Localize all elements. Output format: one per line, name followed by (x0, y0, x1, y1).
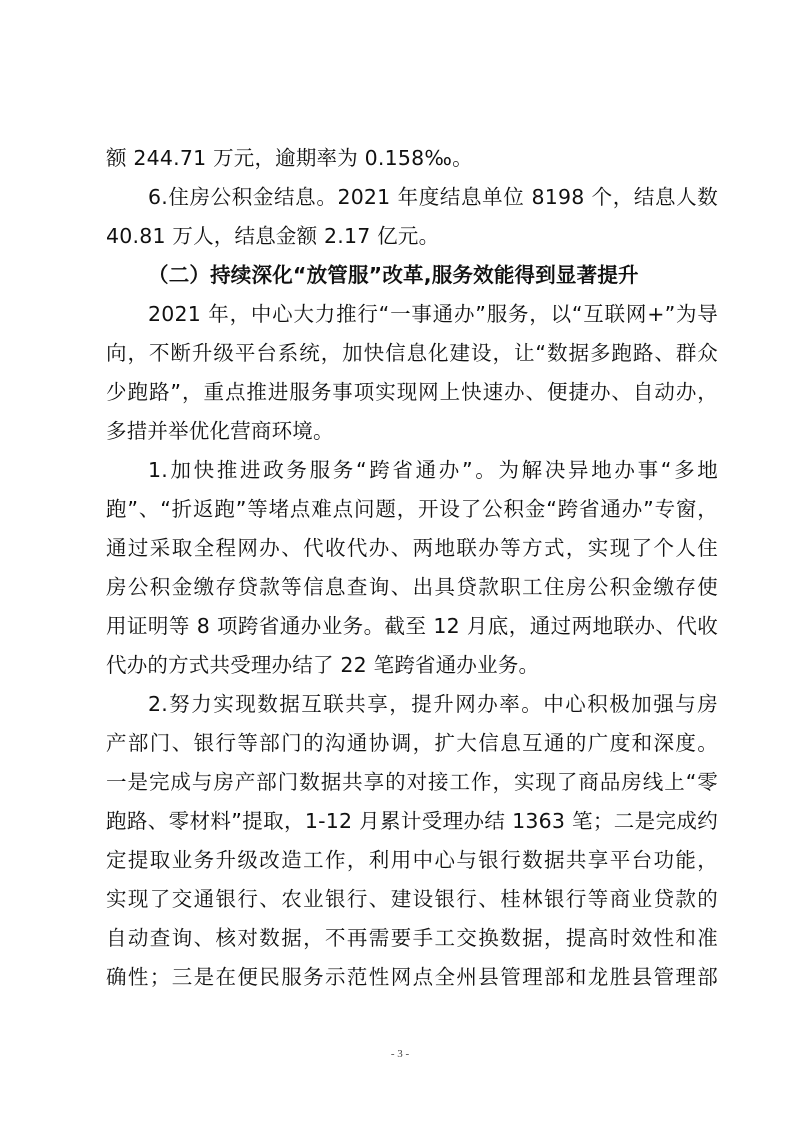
paragraph-line: 实现了交通银行、农业银行、建设银行、桂林银行等商业贷款的 (106, 885, 718, 913)
paragraph-line: 定提取业务升级改造工作，利用中心与银行数据共享平台功能， (106, 846, 718, 874)
paragraph-line: 通过采取全程网办、代收代办、两地联办等方式，实现了个人住 (106, 534, 718, 562)
paragraph-line: 确性；三是在便民服务示范性网点全州县管理部和龙胜县管理部 (106, 963, 718, 991)
paragraph-line: 少跑路”，重点推进服务事项实现网上快速办、便捷办、自动办， (106, 378, 718, 406)
paragraph-line: 跑路、零材料”提取，1-12 月累计受理办结 1363 笔；二是完成约 (106, 807, 718, 835)
paragraph-line: 自动查询、核对数据，不再需要手工交换数据，提高时效性和准 (106, 924, 718, 952)
paragraph-line: 6.住房公积金结息。2021 年度结息单位 8198 个，结息人数 (148, 183, 718, 211)
document-page: 额 244.71 万元，逾期率为 0.158‰。 6.住房公积金结息。2021 … (0, 0, 800, 1132)
paragraph-line: 40.81 万人，结息金额 2.17 亿元。 (106, 222, 718, 250)
section-heading: （二）持续深化“放管服”改革,服务效能得到显著提升 (148, 261, 708, 289)
paragraph-line: 跑”、“折返跑”等堵点难点问题，开设了公积金“跨省通办”专窗， (106, 495, 718, 523)
paragraph-line: 额 244.71 万元，逾期率为 0.158‰。 (106, 144, 718, 172)
paragraph-line: 1.加快推进政务服务“跨省通办”。为解决异地办事“多地 (148, 456, 718, 484)
paragraph-line: 多措并举优化营商环境。 (106, 417, 718, 445)
paragraph-line: 一是完成与房产部门数据共享的对接工作，实现了商品房线上“零 (106, 768, 718, 796)
paragraph-line: 向，不断升级平台系统，加快信息化建设，让“数据多跑路、群众 (106, 339, 718, 367)
page-number: - 3 - (0, 1048, 800, 1060)
paragraph-line: 2.努力实现数据互联共享，提升网办率。中心积极加强与房 (148, 690, 718, 718)
paragraph-line: 代办的方式共受理办结了 22 笔跨省通办业务。 (106, 651, 718, 679)
paragraph-line: 产部门、银行等部门的沟通协调，扩大信息互通的广度和深度。 (106, 729, 718, 757)
paragraph-line: 2021 年，中心大力推行“一事通办”服务，以“互联网+”为导 (148, 300, 718, 328)
paragraph-line: 房公积金缴存贷款等信息查询、出具贷款职工住房公积金缴存使 (106, 573, 718, 601)
paragraph-line: 用证明等 8 项跨省通办业务。截至 12 月底，通过两地联办、代收 (106, 612, 718, 640)
